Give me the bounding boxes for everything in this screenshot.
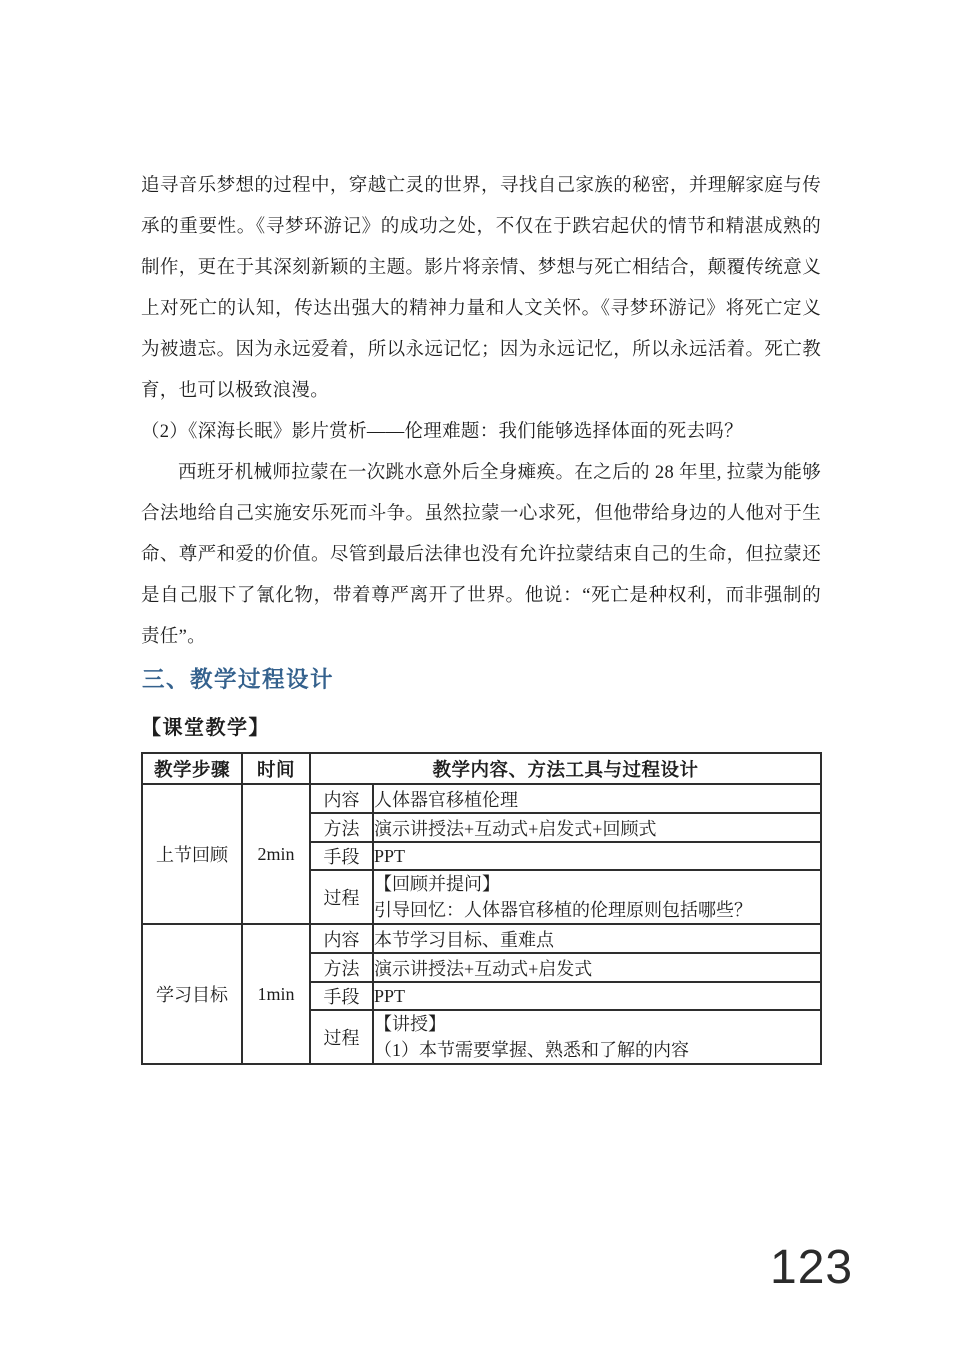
process-line-2: 引导回忆：人体器官移植的伦理原则包括哪些？	[374, 897, 820, 923]
table-row: 上节回顾 2min 内容 人体器官移植伦理	[142, 784, 821, 813]
row-label: 方法	[310, 953, 373, 982]
scanned-document-page: 追寻音乐梦想的过程中，穿越亡灵的世界，寻找自己家族的秘密，并理解家庭与传承的重要…	[0, 0, 960, 1358]
text-content-column: 追寻音乐梦想的过程中，穿越亡灵的世界，寻找自己家族的秘密，并理解家庭与传承的重要…	[141, 166, 821, 1065]
page-number: 123	[770, 1240, 853, 1295]
teaching-process-table: 教学步骤 时间 教学内容、方法工具与过程设计 上节回顾 2min 内容 人体器官…	[141, 752, 822, 1065]
time-cell-review: 2min	[242, 784, 310, 924]
row-content: 演示讲授法+互动式+启发式+回顾式	[373, 813, 821, 842]
row-content: 【讲授】 （1）本节需要掌握、熟悉和了解的内容	[373, 1010, 821, 1064]
row-content: 本节学习目标、重难点	[373, 924, 821, 953]
header-cell-content-method: 教学内容、方法工具与过程设计	[310, 753, 821, 784]
row-label: 手段	[310, 842, 373, 870]
row-label: 方法	[310, 813, 373, 842]
row-content: 【回顾并提问】 引导回忆：人体器官移植的伦理原则包括哪些？	[373, 870, 821, 924]
table-header-row: 教学步骤 时间 教学内容、方法工具与过程设计	[142, 753, 821, 784]
paragraph-sea-inside: 西班牙机械师拉蒙在一次跳水意外后全身瘫痪。在之后的 28 年里, 拉蒙为能够合法…	[141, 453, 821, 658]
section-heading-teaching-process: 三、教学过程设计	[142, 665, 821, 695]
header-cell-step: 教学步骤	[142, 753, 242, 784]
process-line-1: 【回顾并提问】	[374, 871, 820, 897]
row-label: 过程	[310, 1010, 373, 1064]
time-cell-objectives: 1min	[242, 924, 310, 1064]
row-content: 演示讲授法+互动式+启发式	[373, 953, 821, 982]
row-content: 人体器官移植伦理	[373, 784, 821, 813]
row-content: PPT	[373, 842, 821, 870]
item-2-heading-sea-inside: （2）《深海长眠》影片赏析——伦理难题：我们能够选择体面的死去吗？	[141, 412, 821, 453]
header-cell-time: 时间	[242, 753, 310, 784]
step-cell-review: 上节回顾	[142, 784, 242, 924]
row-content: PPT	[373, 982, 821, 1010]
row-label: 内容	[310, 924, 373, 953]
row-label: 内容	[310, 784, 373, 813]
process-line-2: （1）本节需要掌握、熟悉和了解的内容	[374, 1037, 820, 1063]
step-cell-objectives: 学习目标	[142, 924, 242, 1064]
row-label: 手段	[310, 982, 373, 1010]
subsection-label-classroom-teaching: 【课堂教学】	[141, 715, 821, 741]
row-label: 过程	[310, 870, 373, 924]
process-line-1: 【讲授】	[374, 1011, 820, 1037]
paragraph-coco-analysis: 追寻音乐梦想的过程中，穿越亡灵的世界，寻找自己家族的秘密，并理解家庭与传承的重要…	[141, 166, 821, 412]
table-row: 学习目标 1min 内容 本节学习目标、重难点	[142, 924, 821, 953]
